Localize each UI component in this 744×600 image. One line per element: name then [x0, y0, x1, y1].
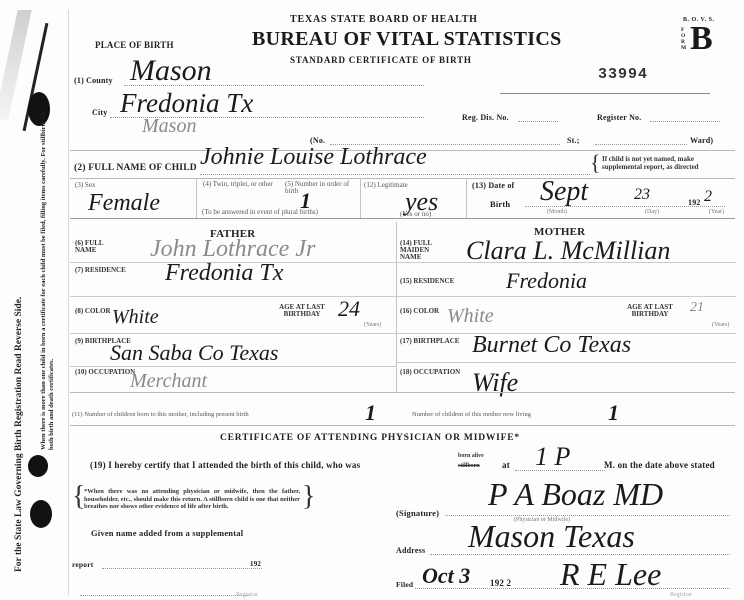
dob-month: Sept — [540, 176, 588, 208]
at-label: at — [502, 460, 510, 470]
parents-divider — [396, 222, 397, 392]
rule — [396, 262, 736, 263]
mother-name-label: (14) FULL MAIDEN NAME — [400, 240, 444, 261]
father-residence-value: Fredonia Tx — [165, 260, 283, 287]
rule — [70, 425, 735, 426]
child-name-line — [200, 174, 590, 175]
filed-year: 192 2 — [490, 578, 511, 588]
rule — [70, 218, 735, 219]
certificate-subtitle: STANDARD CERTIFICATE OF BIRTH — [290, 55, 472, 65]
filed-date: Oct 3 — [422, 563, 470, 589]
number-underline — [500, 93, 710, 94]
mother-years-caption: (Years) — [712, 322, 729, 328]
mother-residence-label: (15) RESIDENCE — [400, 277, 454, 285]
county-label: (1) County — [74, 76, 113, 85]
mother-occupation-label: (18) OCCUPATION — [400, 368, 460, 376]
child-name-label: (2) FULL NAME OF CHILD — [74, 163, 197, 173]
brace: { — [590, 152, 601, 174]
mother-color-label: (16) COLOR — [400, 307, 439, 315]
punch-hole-3 — [30, 500, 52, 528]
city-note: Mason — [142, 115, 196, 138]
physician-note: *When there was no attending physician o… — [84, 488, 300, 511]
bureau-title: BUREAU OF VITAL STATISTICS — [252, 28, 562, 51]
physician-heading: CERTIFICATE OF ATTENDING PHYSICIAN OR MI… — [220, 433, 520, 443]
registrar-signature: R E Lee — [560, 556, 661, 593]
ward-label: Ward) — [690, 136, 713, 145]
divider — [466, 178, 467, 218]
year-caption: (Year) — [709, 209, 724, 215]
dob-year-suffix: 2 — [704, 188, 712, 206]
margin-rule — [68, 10, 69, 595]
city-label: City — [92, 108, 107, 117]
rule — [70, 333, 396, 334]
register-label: Register No. — [597, 113, 641, 122]
rule — [70, 178, 735, 179]
mother-age-label: AGE AT LAST BIRTHDAY — [618, 304, 682, 318]
father-color-value: White — [112, 306, 159, 329]
twin-label: (4) Twin, triplet, or other — [203, 181, 273, 188]
mother-birthplace-value: Burnet Co Texas — [472, 332, 631, 359]
dob-label-1: (13) Date of — [472, 181, 514, 190]
child-name-value: Johnie Louise Lothrace — [200, 144, 427, 171]
dob-label-2: Birth — [490, 199, 510, 209]
mother-age-value: 21 — [690, 300, 704, 316]
report-label: report — [72, 560, 93, 569]
punch-hole-2 — [28, 455, 48, 477]
rule — [70, 392, 735, 393]
sex-value: Female — [88, 190, 160, 217]
children-living-label: Number of children of this mother now li… — [412, 411, 531, 418]
order-label: (5) Number in order of birth — [285, 181, 360, 195]
father-name-value: John Lothrace Jr — [150, 236, 315, 263]
divider — [360, 178, 361, 218]
address-value: Mason Texas — [468, 518, 635, 555]
father-residence-label: (7) RESIDENCE — [75, 266, 126, 274]
mother-occupation-value: Wife — [472, 368, 518, 398]
signature-label: (Signature) — [396, 508, 439, 518]
day-caption: (Day) — [645, 209, 659, 215]
reg-dis-label: Reg. Dis. No. — [462, 113, 509, 122]
time-suffix: M. on the date above stated — [604, 460, 715, 470]
supp-registrar-line — [80, 595, 250, 596]
father-birthplace-value: San Saba Co Texas — [110, 340, 278, 366]
county-value: Mason — [130, 54, 212, 88]
divider — [196, 178, 197, 218]
rule — [70, 366, 396, 367]
ward-line — [595, 144, 687, 145]
legit-note: (Yes or no) — [400, 210, 431, 218]
register-line — [650, 121, 720, 122]
father-name-label: (6) FULL NAME — [75, 240, 115, 254]
children-living-value: 1 — [608, 400, 619, 426]
stillborn: stillborn — [458, 463, 480, 469]
reg-dis-line — [518, 121, 558, 122]
born-alive: born alive — [458, 453, 484, 459]
father-occupation-value: Merchant — [130, 370, 207, 393]
board-title: TEXAS STATE BOARD OF HEALTH — [290, 14, 478, 25]
mother-residence-value: Fredonia — [506, 268, 587, 294]
time-value: 1 P — [535, 442, 570, 472]
sex-label: (3) Sex — [75, 181, 95, 189]
form-word: FORM — [681, 27, 687, 51]
signature-line — [445, 515, 730, 516]
margin-instruction-1: For the State Law Governing Birth Regist… — [14, 297, 24, 572]
mother-birthplace-label: (17) BIRTHPLACE — [400, 337, 459, 345]
father-occupation-label: (10) OCCUPATION — [75, 368, 135, 376]
plural-note: (To be answered in event of plural birth… — [202, 208, 318, 216]
place-of-birth-heading: PLACE OF BIRTH — [95, 40, 174, 50]
certificate-number: 33994 — [598, 66, 648, 83]
certify-text: (19) I hereby certify that I attended th… — [90, 460, 360, 470]
st-label: St.; — [567, 136, 580, 145]
rule — [396, 296, 736, 297]
children-born-value: 1 — [365, 400, 376, 426]
form-letter: B — [690, 22, 713, 56]
mother-color-value: White — [447, 305, 494, 328]
paper-fold-shadow — [0, 10, 32, 120]
children-born-label: (11) Number of children born to this mot… — [72, 411, 249, 418]
filed-label: Filed — [396, 580, 413, 589]
father-years-caption: (Years) — [364, 322, 381, 328]
supp-registrar-caption: Registrar — [236, 592, 258, 598]
father-age-label: AGE AT LAST BIRTHDAY — [270, 304, 334, 318]
address-label: Address — [396, 546, 425, 555]
month-caption: (Month) — [547, 209, 567, 215]
father-color-label: (8) COLOR — [75, 307, 111, 315]
report-year: 192 — [250, 560, 261, 568]
registrar-caption: Registrar — [670, 592, 692, 598]
note-brace-right: } — [302, 483, 315, 511]
given-name-text: Given name added from a supplemental — [91, 528, 243, 538]
dob-day: 23 — [634, 186, 650, 204]
father-age-value: 24 — [338, 296, 360, 322]
unnamed-note: If child is not yet named, make suppleme… — [602, 155, 724, 171]
margin-instruction-2: When there is more than one child in bor… — [40, 110, 56, 450]
rule — [396, 362, 736, 363]
dob-year-prefix: 192 — [688, 198, 701, 207]
signature-value: P A Boaz MD — [488, 476, 663, 513]
report-line — [102, 568, 262, 569]
legit-label: (12) Legitimate — [364, 181, 408, 189]
